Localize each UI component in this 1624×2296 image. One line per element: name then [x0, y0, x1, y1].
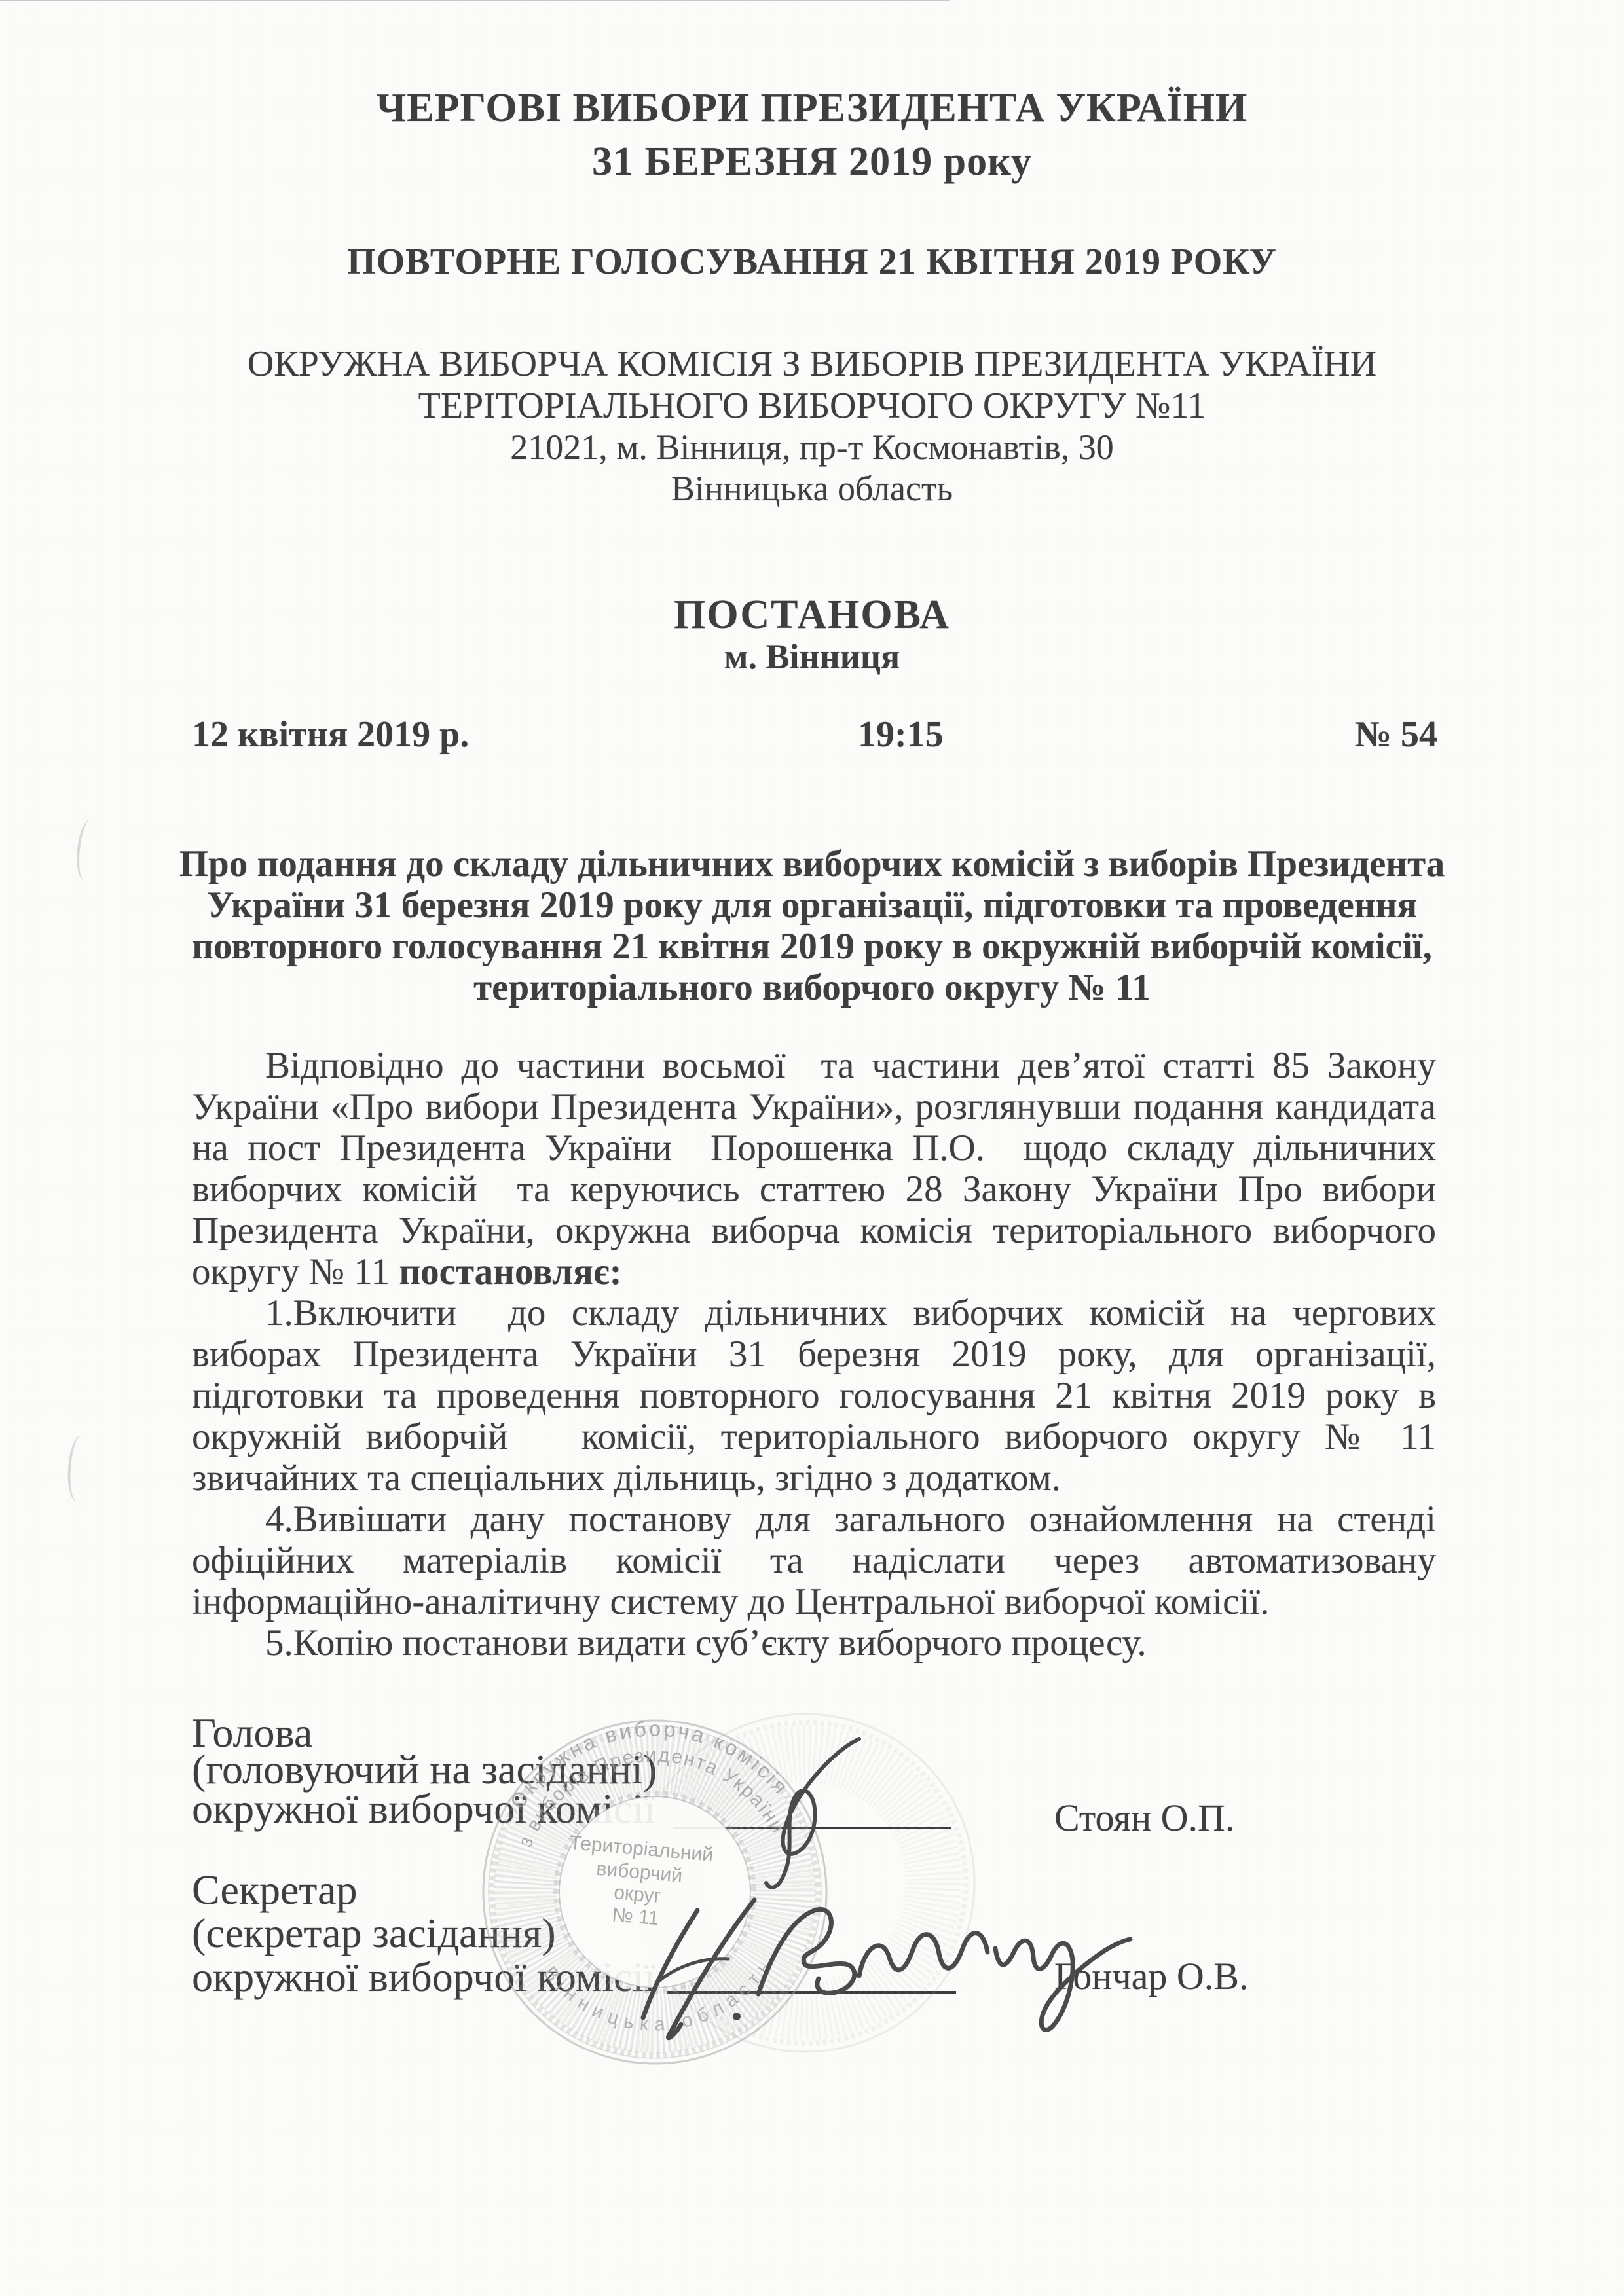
- stamp-ghost-impression: [637, 1714, 974, 2052]
- secretary-meeting-label: (секретар засідання): [192, 1910, 556, 1956]
- resolution-body: Відповідно до частини восьмої та частини…: [192, 1045, 1436, 1664]
- commission-address-block: 21021, м. Вінниця, пр-т Космонавтів, 30 …: [0, 427, 1624, 509]
- scanned-document-page: ЧЕРГОВІ ВИБОРИ ПРЕЗИДЕНТА УКРАЇНИ 31 БЕР…: [0, 0, 1624, 2296]
- commission-name-line-1: ОКРУЖНА ВИБОРЧА КОМІСІЯ З ВИБОРІВ ПРЕЗИД…: [0, 343, 1624, 385]
- resolution-heading: ПОСТАНОВА: [0, 593, 1624, 636]
- resolution-time: 19:15: [858, 714, 944, 756]
- subject-paragraph: Про подання до складу дільничних виборчи…: [0, 843, 1624, 1008]
- body-intro-bold-text: постановляє:: [399, 1251, 621, 1292]
- resolution-number: № 54: [1355, 714, 1437, 756]
- commission-region: Вінницька область: [0, 468, 1624, 509]
- body-item-4: 4.Вивішати дану постанову для загального…: [192, 1499, 1436, 1622]
- resolution-place: м. Вінниця: [0, 638, 1624, 676]
- subject-line-3: повторного голосування 21 квітня 2019 ро…: [98, 926, 1526, 967]
- commission-name-line-2: ТЕРІТОРІАЛЬНОГО ВИБОРЧОГО ОКРУГУ №11: [0, 385, 1624, 427]
- stamp-center-line-1: Територіальний: [568, 1832, 714, 1866]
- stamp-center-line-2: виборчий: [595, 1858, 683, 1887]
- resolution-date: 12 квітня 2019 р.: [192, 714, 469, 756]
- chairman-commission-label: окружної виборчої комісії: [192, 1786, 655, 1832]
- stamp-center-text: Територіальний виборчий округ № 11: [563, 1832, 714, 1934]
- secretary-signature-line: [667, 1991, 956, 1994]
- title-line-1: ЧЕРГОВІ ВИБОРИ ПРЕЗИДЕНТА УКРАЇНИ: [0, 81, 1624, 135]
- subject-line-1: Про подання до складу дільничних виборчи…: [98, 843, 1526, 884]
- commission-address: 21021, м. Вінниця, пр-т Космонавтів, 30: [0, 427, 1624, 468]
- subject-line-2: України 31 березня 2019 року для організ…: [98, 884, 1526, 926]
- body-item-5: 5.Копію постанови видати суб’єкту виборч…: [192, 1622, 1436, 1664]
- document-title: ЧЕРГОВІ ВИБОРИ ПРЕЗИДЕНТА УКРАЇНИ 31 БЕР…: [0, 81, 1624, 189]
- title-line-2: 31 БЕРЕЗНЯ 2019 року: [0, 135, 1624, 189]
- secretary-commission-label: окружної виборчої комісії: [192, 1954, 655, 2000]
- stamp-center-line-3: округ: [613, 1882, 662, 1907]
- date-line: 12 квітня 2019 р. 19:15 № 54: [192, 714, 1437, 757]
- chairman-signature-line: [673, 1827, 951, 1829]
- subject-line-4: територіального виборчого округу № 11: [98, 967, 1526, 1008]
- scan-edge-line: [0, 0, 950, 1]
- scan-artifact: [65, 1434, 92, 1503]
- chairman-signature: [766, 1739, 859, 1887]
- secretary-role-label: Секретар: [192, 1867, 358, 1913]
- body-intro-paragraph: Відповідно до частини восьмої та частини…: [192, 1045, 1436, 1292]
- commission-name: ОКРУЖНА ВИБОРЧА КОМІСІЯ З ВИБОРІВ ПРЕЗИД…: [0, 343, 1624, 427]
- body-intro-text: Відповідно до частини восьмої та частини…: [192, 1045, 1445, 1292]
- body-item-1: 1.Включити до складу дільничних виборчих…: [192, 1292, 1436, 1499]
- revote-heading: ПОВТОРНЕ ГОЛОСУВАННЯ 21 КВІТНЯ 2019 РОКУ: [0, 238, 1624, 285]
- secretary-name: Гончар О.В.: [1054, 1955, 1248, 1998]
- stamp-center-line-4: № 11: [611, 1904, 659, 1929]
- chairman-name: Стоян О.П.: [1054, 1796, 1234, 1840]
